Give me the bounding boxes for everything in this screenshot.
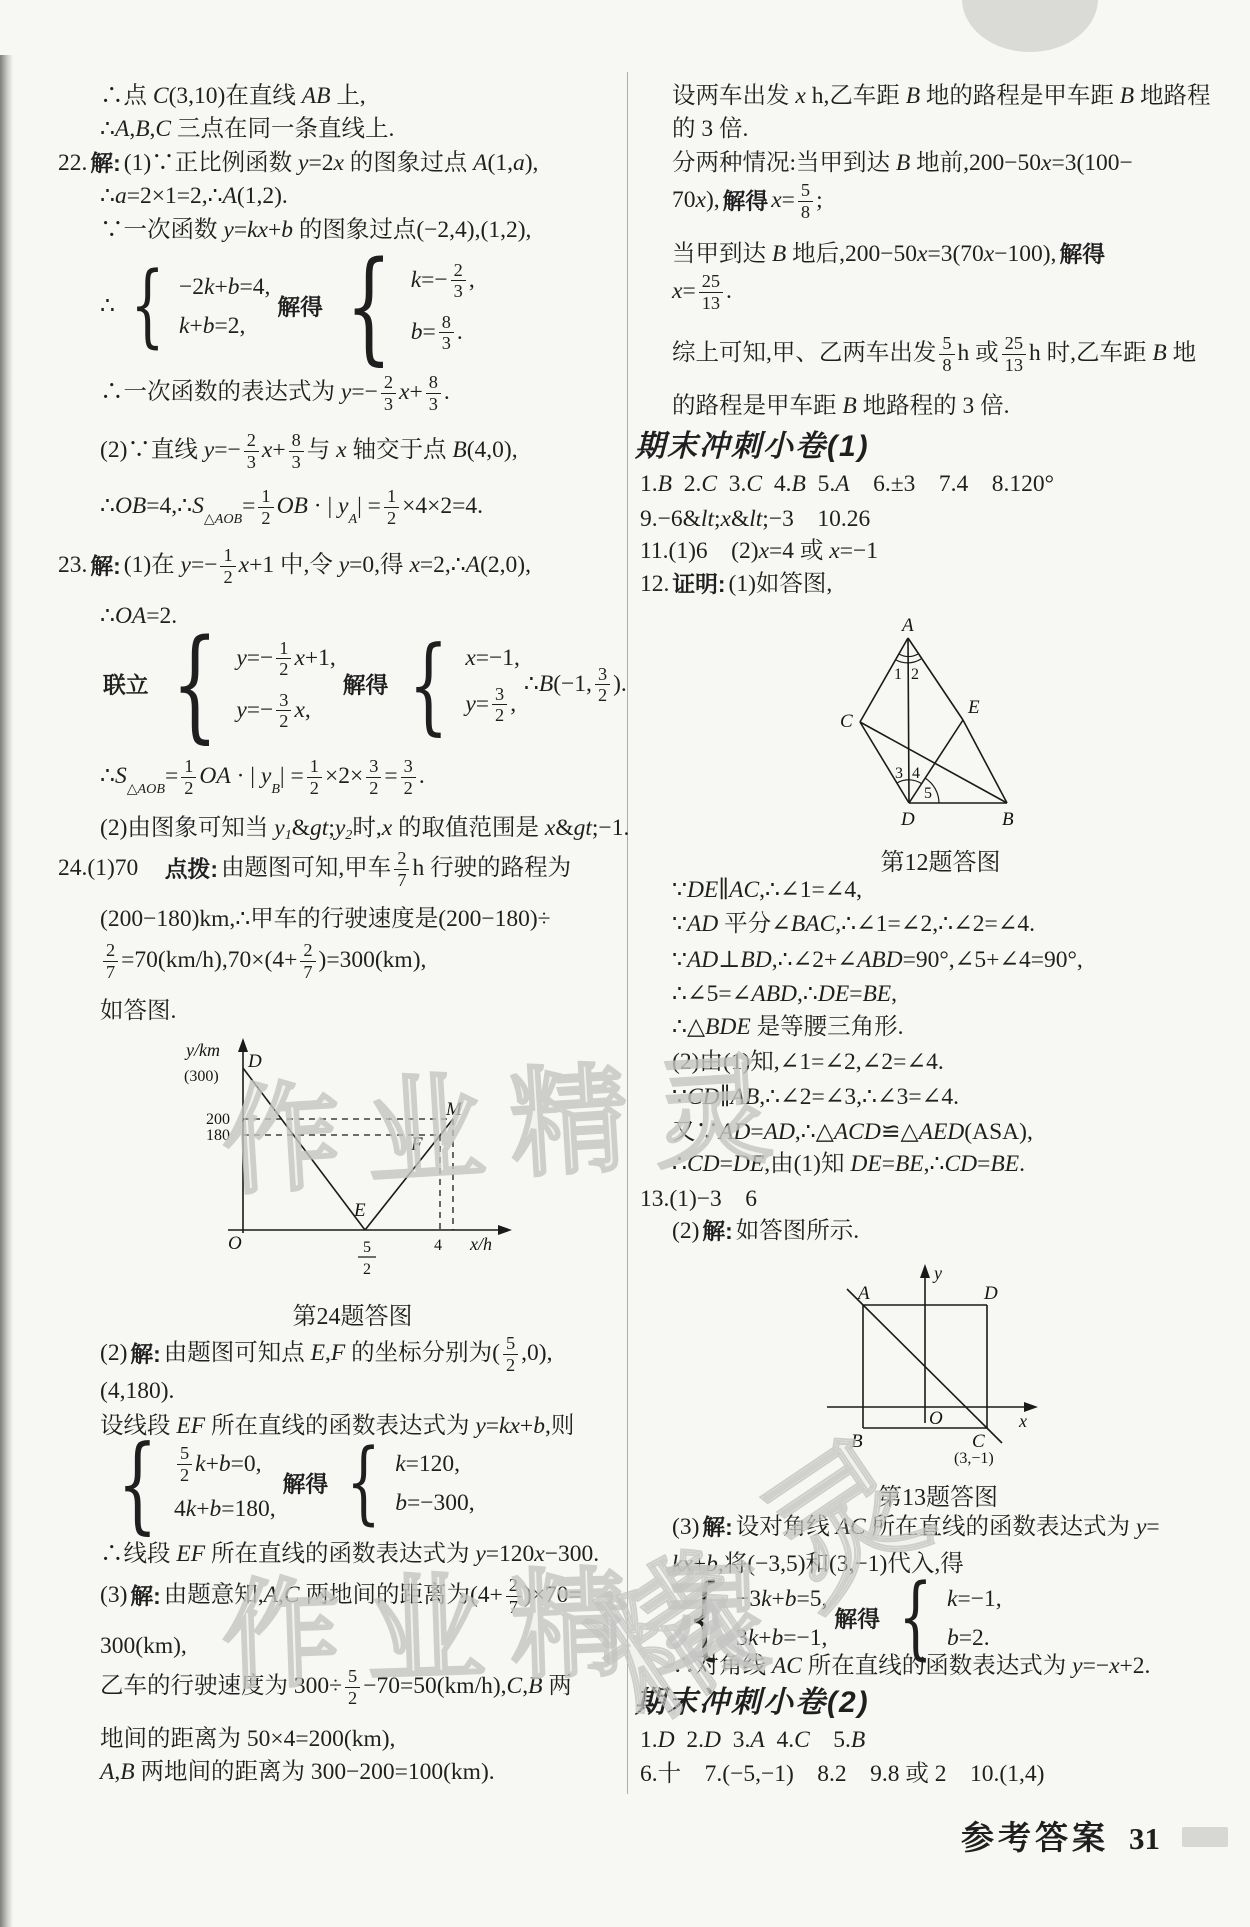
- text-run: ∵AD 平分∠BAC,∴∠1=∠2,∴∠2=∠4.: [672, 910, 1035, 939]
- equation-system: {−3k+b=5,3k+b=−1,: [676, 1583, 827, 1655]
- svg-text:x: x: [1018, 1411, 1027, 1431]
- text-line: 27=70(km/h),70×(4+27)=300(km),: [100, 940, 426, 982]
- svg-text:(3,−1): (3,−1): [954, 1450, 994, 1467]
- fraction: 32: [492, 684, 507, 726]
- text-run: OB · | y: [277, 492, 349, 521]
- text-run: ∴: [100, 292, 115, 321]
- text-run: (2)由(1)知,∠1=∠2,∠2=∠4.: [672, 1048, 944, 1077]
- text-run: −2k+b=4,: [179, 273, 270, 302]
- fraction: 12: [220, 545, 235, 587]
- text-line: ∴{−2k+b=4,k+b=2,解得{k=−23,b=83.: [100, 258, 479, 356]
- bold-label: 解得: [343, 671, 389, 699]
- text-run: 设线段 EF 所在直线的函数表达式为 y=kx+b,则: [100, 1412, 574, 1441]
- text-run: 又∵AD=AD,∴△ACD≌△AED(ASA),: [672, 1118, 1033, 1147]
- text-line: 12.证明:(1)如答图,: [640, 570, 832, 599]
- figure-13-caption: 第13题答图: [818, 1477, 1058, 1512]
- svg-text:x/h: x/h: [469, 1234, 492, 1254]
- svg-text:O: O: [929, 1408, 943, 1429]
- text-line: {−3k+b=5,3k+b=−1,解得{k=−1,b=2.: [672, 1583, 1006, 1655]
- text-run: ;: [816, 186, 823, 215]
- text-run: =: [242, 492, 255, 521]
- section-header: 期末冲刺小卷(1): [635, 428, 870, 466]
- subscript: △AOB: [127, 781, 165, 799]
- text-run: 1.B 2.C 3.C 4.B 5.A 6.±3 7.4 8.120°: [640, 470, 1054, 499]
- section-header: 期末冲刺小卷(2): [635, 1684, 870, 1722]
- fraction: 12: [384, 486, 399, 528]
- fraction: 52: [345, 1666, 360, 1708]
- text-run: 如答图所示.: [736, 1217, 859, 1246]
- footer-badge: [1182, 1827, 1228, 1847]
- svg-text:y/km: y/km: [184, 1040, 220, 1060]
- text-run: (2)∵直线 y=−: [100, 436, 241, 465]
- text-run: (2): [672, 1217, 699, 1246]
- figure-question13-rectangle-axes-diagram: ADBCOyx(3,−1): [818, 1258, 1058, 1478]
- fraction: 27: [103, 940, 118, 982]
- text-line: A,B 两地间的距离为 300−200=100(km).: [100, 1758, 495, 1787]
- text-run: y=−: [236, 696, 273, 725]
- subscript: A: [348, 511, 357, 529]
- svg-text:180: 180: [206, 1127, 230, 1144]
- brace: {: [345, 258, 392, 356]
- text-run: 的 3 倍.: [672, 115, 748, 144]
- brace: {: [171, 636, 218, 734]
- fraction: 58: [798, 180, 813, 222]
- text-run: k=−1,: [947, 1585, 1002, 1614]
- fraction: 23: [244, 430, 259, 472]
- text-run: ∴△BDE 是等腰三角形.: [672, 1013, 903, 1042]
- text-line: ∴对角线 AC 所在直线的函数表达式为 y=−x+2.: [672, 1652, 1150, 1681]
- text-run: .: [726, 277, 732, 306]
- text-line: 9.−6&lt;x&lt;−3 10.26: [640, 505, 870, 534]
- text-line: ∵AD 平分∠BAC,∴∠1=∠2,∴∠2=∠4.: [672, 910, 1035, 939]
- text-run: k=120,: [395, 1450, 460, 1479]
- text-run: ∴A,B,C 三点在同一条直线上.: [100, 115, 394, 144]
- text-run: −70=50(km/h),C,B 两: [363, 1672, 572, 1701]
- text-run: ∴线段 EF 所在直线的函数表达式为 y=120x−300.: [100, 1540, 599, 1569]
- equation-system: {k=−23,b=83.: [330, 258, 475, 356]
- text-run: 300(km),: [100, 1632, 187, 1661]
- text-run: (4,180).: [100, 1377, 174, 1406]
- fraction: 52: [503, 1333, 518, 1375]
- text-run: (1)如答图,: [729, 570, 833, 599]
- svg-text:E: E: [353, 1200, 366, 1221]
- bold-label: 解:: [90, 149, 120, 177]
- svg-text:200: 200: [206, 1111, 230, 1128]
- figure-12-caption: 第12题答图: [828, 842, 1053, 877]
- text-line: ∴S△AOB=12OA · | yB | =12×2×32=32.: [100, 756, 425, 798]
- text-line: ∴A,B,C 三点在同一条直线上.: [100, 115, 394, 144]
- text-run: ∴B(−1,: [524, 670, 592, 699]
- text-run: &gt;y: [292, 814, 346, 843]
- text-run: x+: [399, 378, 423, 407]
- text-run: (3): [672, 1513, 699, 1542]
- text-run: h 或: [958, 339, 999, 368]
- svg-text:B: B: [1002, 809, 1014, 830]
- brace: {: [117, 1442, 157, 1526]
- figure-question24-distance-time-graph: y/km(300)D200180MFEO4x/h52: [170, 1028, 515, 1291]
- brace: {: [130, 271, 164, 343]
- text-run: b=: [411, 318, 436, 347]
- fraction: 2513: [699, 271, 723, 313]
- text-run: 地间的距离为 50×4=200(km),: [100, 1725, 395, 1754]
- column-divider: [627, 72, 628, 1794]
- text-run: (1)∵正比例函数 y=2x 的图象过点 A(1,a),: [124, 149, 539, 178]
- svg-text:M: M: [445, 1099, 463, 1120]
- text-run: ∵CD∥AB,∴∠2=∠3,∴∠3=∠4.: [672, 1083, 959, 1112]
- svg-text:y: y: [932, 1263, 942, 1283]
- svg-text:4: 4: [912, 765, 920, 782]
- svg-text:A: A: [900, 615, 914, 636]
- text-run: y=: [465, 690, 489, 719]
- text-run: 3k+b=−1,: [736, 1624, 827, 1653]
- text-line: (4,180).: [100, 1377, 174, 1406]
- text-run: b=−300,: [395, 1489, 474, 1518]
- equation-system: {−2k+b=4,k+b=2,: [119, 271, 270, 343]
- text-run: x,: [294, 696, 310, 725]
- text-line: ∴OB=4,∴S△AOB=12OB · | yA | =12×4×2=4.: [100, 486, 483, 528]
- text-run: 9.−6&lt;x&lt;−3 10.26: [640, 505, 870, 534]
- text-run: ∴一次函数的表达式为 y=−: [100, 378, 378, 407]
- text-run: | =: [357, 492, 381, 521]
- brace: {: [687, 1583, 721, 1655]
- text-run: x+: [262, 436, 286, 465]
- text-run: x+1 中,令 y=0,得 x=2,∴A(2,0),: [239, 551, 531, 580]
- fraction: 12: [258, 486, 273, 528]
- text-run: h 时,乙车距 B 地: [1029, 339, 1196, 368]
- bold-label: 解得: [723, 187, 769, 215]
- text-line: 的路程是甲车距 B 地路程的 3 倍.: [672, 392, 1009, 421]
- text-run: (2)由图象可知当 y: [100, 814, 285, 843]
- text-line: (2)由(1)知,∠1=∠2,∠2=∠4.: [672, 1048, 944, 1077]
- svg-text:2: 2: [911, 666, 919, 683]
- page: 作业精灵作业精灵精灵 ∴点 C(3,10)在直线 AB 上,∴A,B,C 三点在…: [0, 0, 1250, 1927]
- text-line: 综上可知,甲、乙两车出发58 h 或2513 h 时,乙车距 B 地: [672, 333, 1196, 375]
- text-run: | =: [280, 762, 304, 791]
- bold-label: 解:: [130, 1582, 160, 1610]
- text-run: =: [384, 762, 397, 791]
- text-run: 设两车出发 x h,乙车距 B 地的路程是甲车距 B 地路程: [672, 82, 1211, 111]
- bold-label: 解:: [90, 552, 120, 580]
- fraction: 52: [177, 1443, 192, 1485]
- svg-text:D: D: [247, 1051, 262, 1072]
- text-line: 1.B 2.C 3.C 4.B 5.A 6.±3 7.4 8.120°: [640, 470, 1054, 499]
- text-line: ∴CD=DE,由(1)知 DE=BE,∴CD=BE.: [672, 1150, 1025, 1179]
- text-line: ∴a=2×1=2,∴A(1,2).: [100, 182, 288, 211]
- fraction: 58: [939, 333, 954, 375]
- svg-text:D: D: [900, 809, 915, 830]
- bold-label: 联立: [103, 671, 149, 699]
- text-run: 13.(1)−3 6: [640, 1185, 757, 1214]
- text-run: ,: [469, 266, 475, 295]
- text-run: b=2.: [947, 1624, 990, 1653]
- fig12-svg: ACEDB12345: [828, 612, 1053, 832]
- fraction: 83: [426, 372, 441, 414]
- text-run: 设对角线 AC 所在直线的函数表达式为 y=: [736, 1513, 1160, 1542]
- text-line: (2)解:如答图所示.: [672, 1217, 859, 1246]
- footer-label: 参考答案: [961, 1812, 1109, 1859]
- text-run: 时,x 的取值范围是 x&gt;−1.: [352, 814, 629, 843]
- text-line: 11.(1)6 (2)x=4 或 x=−1: [640, 537, 878, 566]
- bold-label: 解:: [130, 1340, 160, 1368]
- text-line: (3)解:设对角线 AC 所在直线的函数表达式为 y=: [672, 1513, 1160, 1542]
- text-run: −3k+b=5,: [736, 1585, 827, 1614]
- text-run: )=300(km),: [319, 946, 427, 975]
- equation-system: {y=−12x+1,y=−32x,: [156, 636, 336, 734]
- svg-text:B: B: [851, 1431, 863, 1452]
- fraction: 27: [506, 1575, 521, 1617]
- text-run: 4k+b=180,: [174, 1495, 276, 1524]
- text-run: ∴a=2×1=2,∴A(1,2).: [100, 182, 288, 211]
- text-run: 分两种情况:当甲到达 B 地前,200−50x=3(100−: [672, 149, 1133, 178]
- text-run: ,0),: [521, 1339, 552, 1368]
- text-line: ∵一次函数 y=kx+b 的图象过点(−2,4),(1,2),: [100, 216, 531, 245]
- fraction: 27: [394, 848, 409, 890]
- text-run: (2): [100, 1339, 127, 1368]
- text-line: (2)由图象可知当 y1&gt;y2 时,x 的取值范围是 x&gt;−1.: [100, 814, 629, 843]
- text-run: OA · | y: [199, 762, 271, 791]
- text-line: 乙车的行驶速度为 300÷52−70=50(km/h),C,B 两: [100, 1666, 572, 1708]
- brace: {: [898, 1583, 932, 1655]
- svg-text:(300): (300): [184, 1068, 219, 1085]
- text-line: 分两种情况:当甲到达 B 地前,200−50x=3(100−: [672, 149, 1133, 178]
- text-run: 11.(1)6 (2)x=4 或 x=−1: [640, 537, 878, 566]
- fraction: 32: [366, 756, 381, 798]
- text-run: 乙车的行驶速度为 300÷: [100, 1672, 342, 1701]
- svg-text:C: C: [972, 1431, 985, 1452]
- text-line: 设两车出发 x h,乙车距 B 地的路程是甲车距 B 地路程: [672, 82, 1211, 111]
- fraction: 32: [276, 690, 291, 732]
- text-run: 期末冲刺小卷(1): [635, 428, 870, 466]
- text-run: x=: [672, 277, 696, 306]
- svg-text:F: F: [410, 1134, 423, 1155]
- text-line: (3)解:由题意知,A,C 两地间的距离为(4+27)×70=: [100, 1575, 582, 1617]
- fraction: 12: [307, 756, 322, 798]
- text-run: ∴对角线 AC 所在直线的函数表达式为 y=−x+2.: [672, 1652, 1150, 1681]
- text-run: x=: [771, 186, 795, 215]
- text-line: (200−180)km,∴甲车的行驶速度是(200−180)÷: [100, 905, 551, 934]
- bold-label: 解:: [702, 1513, 732, 1541]
- text-line: ∵DE∥AC,∴∠1=∠4,: [672, 876, 862, 905]
- text-run: (200−180)km,∴甲车的行驶速度是(200−180)÷: [100, 905, 551, 934]
- text-run: h 行驶的路程为: [412, 854, 571, 883]
- bold-label: 解得: [1059, 240, 1105, 268]
- fraction: 83: [289, 430, 304, 472]
- fraction: 32: [401, 756, 416, 798]
- text-line: 24.(1)70 点拨:由题图可知,甲车27 h 行驶的路程为: [58, 848, 571, 890]
- text-run: )×70=: [524, 1581, 582, 1610]
- figure-question12-triangle-diagram: ACEDB12345: [828, 612, 1053, 837]
- bold-label: 证明:: [672, 570, 725, 598]
- text-line: ∵CD∥AB,∴∠2=∠3,∴∠3=∠4.: [672, 1083, 959, 1112]
- text-run: 1.D 2.D 3.A 4.C 5.B: [640, 1726, 865, 1755]
- fraction: 83: [439, 312, 454, 354]
- brace: {: [347, 1448, 381, 1520]
- text-run: x+1,: [294, 644, 335, 673]
- text-line: 300(km),: [100, 1632, 187, 1661]
- fraction: 12: [276, 638, 291, 680]
- equation-system: {52k+b=0,4k+b=180,: [104, 1442, 276, 1526]
- text-run: 与 x 轴交于点 B(4,0),: [307, 436, 518, 465]
- svg-text:5: 5: [363, 1239, 371, 1256]
- text-run: 22.: [58, 149, 87, 178]
- svg-text:3: 3: [895, 765, 903, 782]
- text-line: 的 3 倍.: [672, 115, 748, 144]
- fig24-svg: y/km(300)D200180MFEO4x/h52: [170, 1028, 515, 1286]
- text-line: 联立{y=−12x+1,y=−32x,解得{x=−1,y=32,∴B(−1,32…: [100, 636, 627, 734]
- bold-label: 解得: [834, 1605, 880, 1633]
- text-run: ×2×: [325, 762, 363, 791]
- svg-text:D: D: [983, 1283, 998, 1304]
- svg-text:A: A: [856, 1283, 870, 1304]
- text-run: 期末冲刺小卷(2): [635, 1684, 870, 1722]
- text-line: x=2513.: [672, 271, 732, 313]
- text-line: (2)解:由题图可知点 E,F 的坐标分别为(52,0),: [100, 1333, 552, 1375]
- text-run: k=−: [411, 266, 448, 295]
- text-run: 由题图可知点 E,F 的坐标分别为(: [164, 1339, 500, 1368]
- fraction: 23: [451, 260, 466, 302]
- text-run: .: [457, 318, 463, 347]
- text-run: 综上可知,甲、乙两车出发: [672, 339, 936, 368]
- svg-text:E: E: [967, 697, 980, 718]
- equation-system: {k=120,b=−300,: [335, 1448, 474, 1520]
- text-run: ∴CD=DE,由(1)知 DE=BE,∴CD=BE.: [672, 1150, 1025, 1179]
- scan-artifact: [962, 0, 1098, 52]
- text-run: ).: [613, 670, 627, 699]
- page-footer: 参考答案 31: [930, 1812, 1160, 1859]
- subscript: 1: [285, 827, 292, 845]
- subscript: △AOB: [204, 511, 242, 529]
- figure-24-caption: 第24题答图: [180, 1296, 525, 1331]
- text-run: 24.(1)70: [58, 854, 162, 883]
- subscript: 2: [345, 827, 352, 845]
- text-run: ∴点 C(3,10)在直线 AB 上,: [100, 82, 366, 111]
- text-line: ∴点 C(3,10)在直线 AB 上,: [100, 82, 366, 111]
- text-run: 当甲到达 B 地后,200−50x=3(70x−100),: [672, 240, 1056, 269]
- text-run: 由题图可知,甲车: [221, 854, 391, 883]
- text-run: 的路程是甲车距 B 地路程的 3 倍.: [672, 392, 1009, 421]
- text-run: ∴S: [100, 762, 127, 791]
- text-line: 6.十 7.(−5,−1) 8.2 9.8 或 2 10.(1,4): [640, 1760, 1044, 1789]
- text-run: A,B 两地间的距离为 300−200=100(km).: [100, 1758, 495, 1787]
- text-line: {52k+b=0,4k+b=180,解得{k=120,b=−300,: [100, 1442, 479, 1526]
- text-line: 13.(1)−3 6: [640, 1185, 757, 1214]
- text-run: x=−1,: [465, 644, 520, 673]
- text-run: ,: [510, 690, 516, 719]
- svg-text:5: 5: [924, 785, 932, 802]
- fraction: 23: [381, 372, 396, 414]
- text-line: 如答图.: [100, 997, 176, 1026]
- text-run: ∵一次函数 y=kx+b 的图象过点(−2,4),(1,2),: [100, 216, 531, 245]
- text-line: 70x),解得x=58;: [672, 180, 823, 222]
- text-line: 又∵AD=AD,∴△ACD≌△AED(ASA),: [672, 1118, 1033, 1147]
- text-run: 如答图.: [100, 997, 176, 1026]
- bold-label: 解:: [702, 1217, 732, 1245]
- text-run: ∵AD⊥BD,∴∠2+∠ABD=90°,∠5+∠4=90°,: [672, 946, 1083, 975]
- text-run: ∴OA=2.: [100, 602, 177, 631]
- fraction: 2513: [1002, 333, 1026, 375]
- page-number: 31: [1129, 1821, 1160, 1857]
- text-line: ∴OA=2.: [100, 602, 177, 631]
- text-line: 设线段 EF 所在直线的函数表达式为 y=kx+b,则: [100, 1412, 574, 1441]
- svg-text:2: 2: [363, 1261, 371, 1278]
- fig13-svg: ADBCOyx(3,−1): [818, 1258, 1058, 1473]
- text-run: ∵DE∥AC,∴∠1=∠4,: [672, 876, 862, 905]
- text-run: 12.: [640, 570, 669, 599]
- fraction: 27: [300, 940, 315, 982]
- text-line: 22.解:(1)∵正比例函数 y=2x 的图象过点 A(1,a),: [58, 149, 538, 178]
- text-line: 23.解:(1)在 y=−12x+1 中,令 y=0,得 x=2,∴A(2,0)…: [58, 545, 531, 587]
- fraction: 12: [181, 756, 196, 798]
- text-run: k+b=0,: [195, 1450, 261, 1479]
- equation-system: {k=−1,b=2.: [887, 1583, 1002, 1655]
- scan-edge-strip: [0, 55, 13, 1927]
- subscript: B: [271, 781, 280, 799]
- text-run: k+b=2,: [179, 312, 245, 341]
- text-line: ∴△BDE 是等腰三角形.: [672, 1013, 903, 1042]
- text-run: 70x),: [672, 186, 720, 215]
- text-run: .: [444, 378, 450, 407]
- text-run: .: [419, 762, 425, 791]
- text-run: (3): [100, 1581, 127, 1610]
- svg-text:O: O: [228, 1233, 242, 1254]
- bold-label: 解得: [283, 1470, 329, 1498]
- text-run: (1)在 y=−: [124, 551, 218, 580]
- text-run: y=−: [236, 644, 273, 673]
- bold-label: 解得: [277, 293, 323, 321]
- text-line: ∵AD⊥BD,∴∠2+∠ABD=90°,∠5+∠4=90°,: [672, 946, 1083, 975]
- text-line: 当甲到达 B 地后,200−50x=3(70x−100),解得: [672, 240, 1108, 269]
- text-run: =: [165, 762, 178, 791]
- svg-text:4: 4: [434, 1237, 442, 1254]
- bold-label: 点拨:: [165, 855, 218, 883]
- text-run: 由题意知,A,C 两地间的距离为(4+: [164, 1581, 503, 1610]
- text-run: 6.十 7.(−5,−1) 8.2 9.8 或 2 10.(1,4): [640, 1760, 1044, 1789]
- text-run: =70(km/h),70×(4+: [121, 946, 297, 975]
- text-line: 地间的距离为 50×4=200(km),: [100, 1725, 395, 1754]
- text-line: ∴∠5=∠ABD,∴DE=BE,: [672, 980, 897, 1009]
- text-line: 1.D 2.D 3.A 4.C 5.B: [640, 1726, 865, 1755]
- brace: {: [409, 643, 449, 727]
- equation-system: {x=−1,y=32,: [395, 643, 520, 727]
- text-line: ∴线段 EF 所在直线的函数表达式为 y=120x−300.: [100, 1540, 599, 1569]
- text-run: 23.: [58, 551, 87, 580]
- text-run: ×4×2=4.: [402, 492, 483, 521]
- text-line: (2)∵直线 y=−23x+83 与 x 轴交于点 B(4,0),: [100, 430, 518, 472]
- text-line: ∴一次函数的表达式为 y=−23x+83.: [100, 372, 450, 414]
- svg-text:1: 1: [894, 666, 902, 683]
- text-run: ∴OB=4,∴S: [100, 492, 204, 521]
- fraction: 32: [595, 664, 610, 706]
- svg-text:C: C: [840, 711, 853, 732]
- text-run: ∴∠5=∠ABD,∴DE=BE,: [672, 980, 897, 1009]
